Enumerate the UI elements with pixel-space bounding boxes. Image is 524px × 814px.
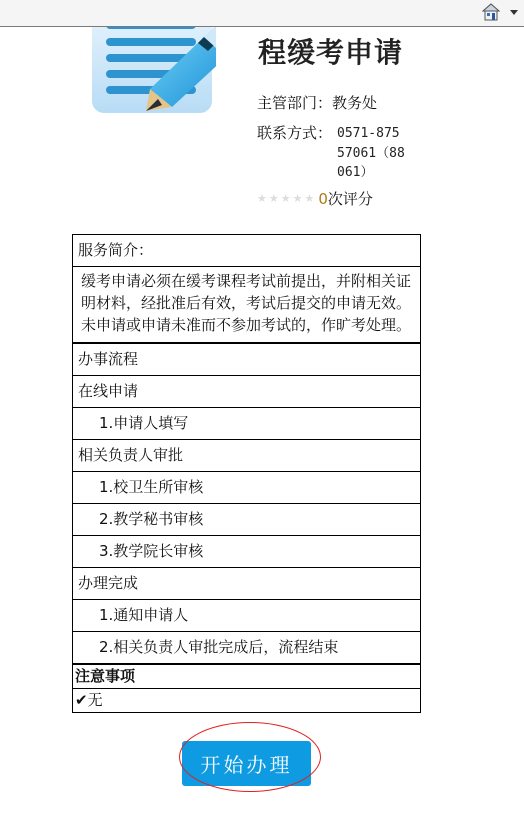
rating: ★★★★★ 0次评分 [257, 188, 373, 209]
dropdown-icon[interactable] [510, 10, 518, 15]
home-icon[interactable] [482, 3, 500, 21]
star-rating-icon[interactable]: ★★★★★ [257, 192, 316, 205]
browser-toolbar [0, 0, 524, 27]
service-info-table: 服务简介： 缓考申请必须在缓考课程考试前提出，并附相关证明材料，经批准后有效，考… [72, 234, 421, 713]
notes-value-cell: ✔无 [73, 689, 421, 713]
process-substep: 1.通知申请人 [73, 600, 421, 632]
department: 主管部门：教务处 [257, 92, 377, 113]
process-substep: 3.教学院长审核 [73, 536, 421, 568]
process-substep: 2.相关负责人审批完成后，流程结束 [73, 632, 421, 665]
rating-suffix: 次评分 [328, 188, 373, 209]
department-value: 教务处 [332, 94, 377, 112]
contact-phone: 0571-87557061（88061） [337, 124, 407, 183]
intro-text: 缓考申请必须在缓考课程考试前提出，并附相关证明材料，经批准后有效，考试后提交的申… [73, 267, 421, 344]
notes-header: 注意事项 [73, 664, 421, 689]
process-step: 办理完成 [73, 568, 421, 600]
checkmark-icon: ✔ [75, 691, 88, 709]
rating-count: 0 [318, 190, 328, 208]
process-step: 在线申请 [73, 376, 421, 408]
process-header: 办事流程 [73, 343, 421, 376]
process-substep: 1.校卫生所审核 [73, 472, 421, 504]
contact-label: 联系方式： [257, 122, 332, 143]
process-substep: 1.申请人填写 [73, 408, 421, 440]
department-label: 主管部门： [257, 94, 332, 112]
process-step: 相关负责人审批 [73, 440, 421, 472]
start-button[interactable]: 开始办理 [182, 741, 311, 786]
process-substep: 2.教学秘书审核 [73, 504, 421, 536]
notes-value: 无 [88, 691, 103, 709]
service-title: 程缓考申请 [258, 37, 408, 69]
intro-label: 服务简介： [73, 235, 421, 267]
